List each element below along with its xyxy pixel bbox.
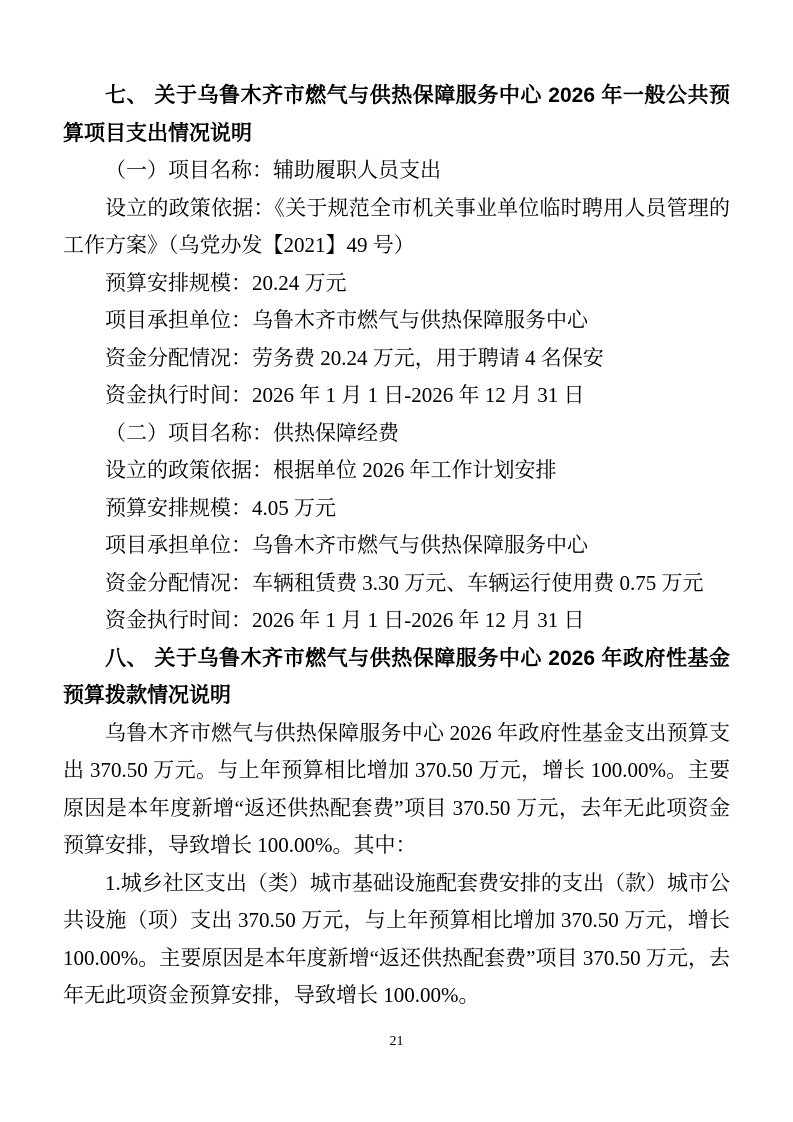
para-project1-budget-scale: 预算安排规模：20.24 万元 — [63, 265, 730, 303]
para-project1-execution-period: 资金执行时间：2026 年 1 月 1 日-2026 年 12 月 31 日 — [63, 377, 730, 415]
para-project2-name: （二）项目名称：供热保障经费 — [63, 415, 730, 453]
para-gov-fund-budget-item1: 1.城乡社区支出（类）城市基础设施配套费安排的支出（款）城市公共设施（项）支出 … — [63, 865, 730, 1015]
para-project1-undertaking-unit: 项目承担单位：乌鲁木齐市燃气与供热保障服务中心 — [63, 302, 730, 340]
para-project2-budget-scale: 预算安排规模：4.05 万元 — [63, 490, 730, 528]
para-project1-policy-basis: 设立的政策依据：《关于规范全市机关事业单位临时聘用人员管理的工作方案》（乌党办发… — [63, 190, 730, 265]
para-project2-fund-allocation: 资金分配情况：车辆租赁费 3.30 万元、车辆运行使用费 0.75 万元 — [63, 565, 730, 603]
para-project2-policy-basis: 设立的政策依据：根据单位 2026 年工作计划安排 — [63, 452, 730, 490]
page-number: 21 — [0, 1034, 793, 1050]
para-project2-undertaking-unit: 项目承担单位：乌鲁木齐市燃气与供热保障服务中心 — [63, 527, 730, 565]
document-page: 七、 关于乌鲁木齐市燃气与供热保障服务中心 2026 年一般公共预算项目支出情况… — [0, 0, 793, 1122]
document-content: 七、 关于乌鲁木齐市燃气与供热保障服务中心 2026 年一般公共预算项目支出情况… — [63, 77, 730, 1015]
section-8-heading: 八、 关于乌鲁木齐市燃气与供热保障服务中心 2026 年政府性基金预算拨款情况说… — [63, 640, 730, 715]
section-7-heading: 七、 关于乌鲁木齐市燃气与供热保障服务中心 2026 年一般公共预算项目支出情况… — [63, 77, 730, 152]
para-gov-fund-budget-summary: 乌鲁木齐市燃气与供热保障服务中心 2026 年政府性基金支出预算支出 370.5… — [63, 715, 730, 865]
para-project1-name: （一）项目名称：辅助履职人员支出 — [63, 152, 730, 190]
para-project2-execution-period: 资金执行时间：2026 年 1 月 1 日-2026 年 12 月 31 日 — [63, 602, 730, 640]
para-project1-fund-allocation: 资金分配情况：劳务费 20.24 万元，用于聘请 4 名保安 — [63, 340, 730, 378]
